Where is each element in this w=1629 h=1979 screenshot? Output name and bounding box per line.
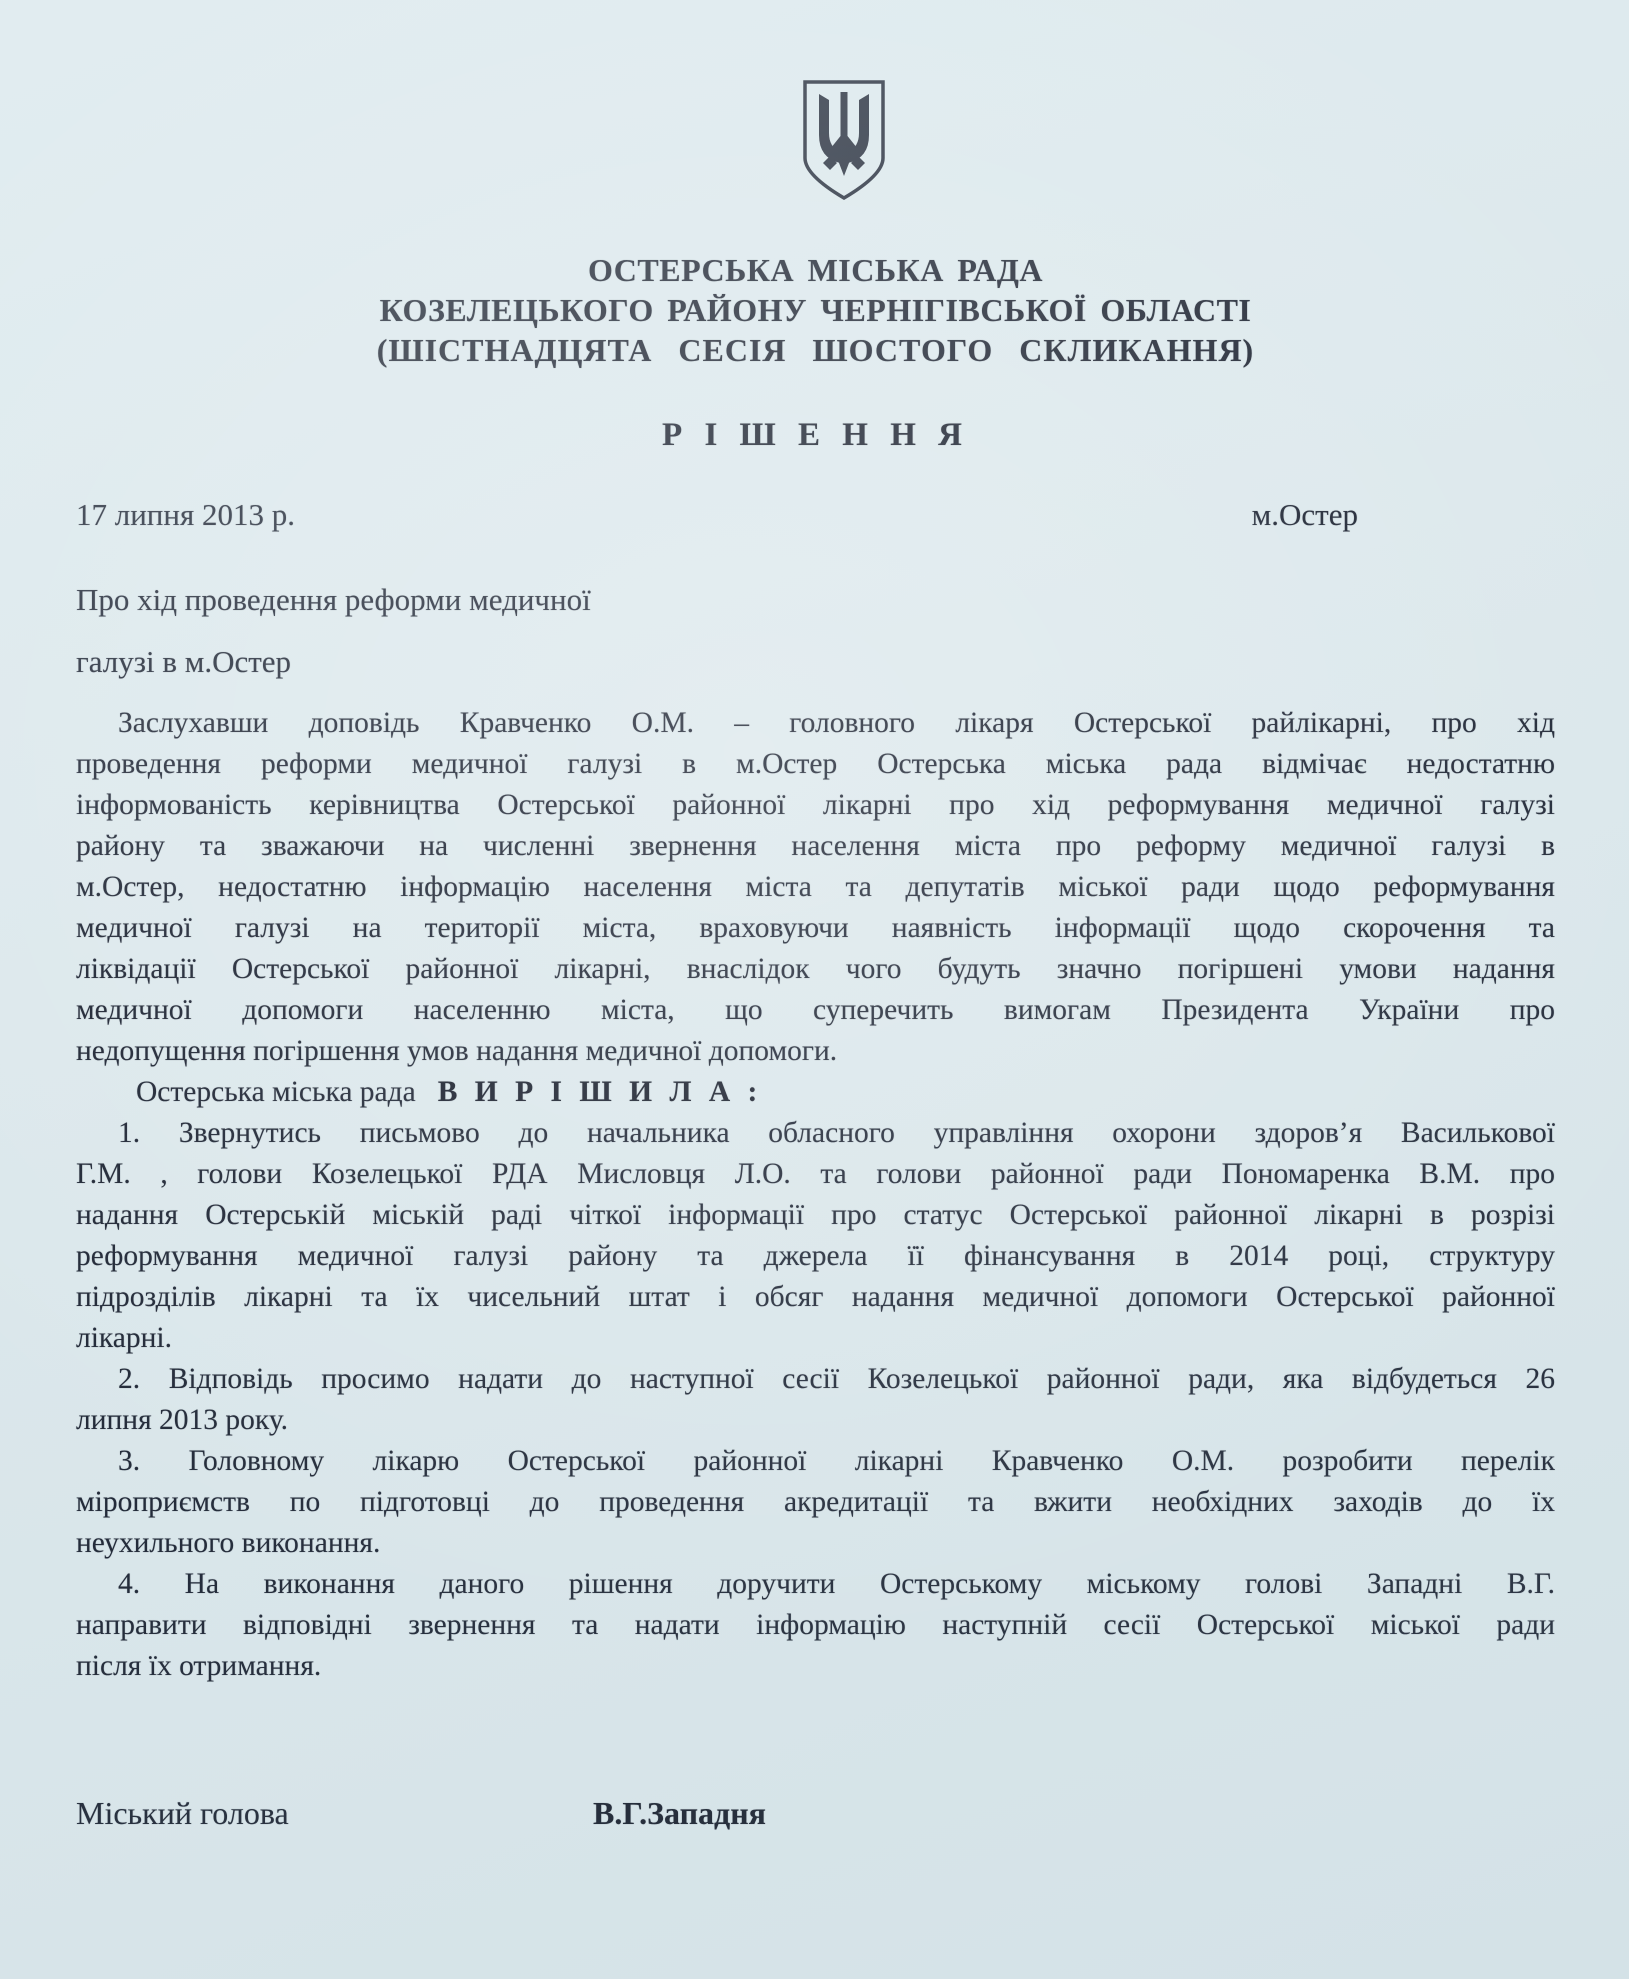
resolution-item-4: 4. На виконання даного рішення доручити …	[76, 1564, 1555, 1687]
text-line: проведення реформи медичної галузі в м.О…	[76, 744, 1555, 785]
preamble-paragraph: Заслухавши доповідь Кравченко О.М. – гол…	[76, 703, 1555, 1072]
document-content: ОСТЕРСЬКА МІСЬКА РАДА КОЗЕЛЕЦЬКОГО РАЙОН…	[0, 76, 1629, 1834]
text-line: недопущення погіршення умов надання меди…	[76, 1031, 1555, 1072]
text-line: 4. На виконання даного рішення доручити …	[76, 1564, 1555, 1605]
signature-row: Міський голова В.Г.Западня	[76, 1792, 1555, 1834]
date-text: 17 липня 2013 р.	[76, 494, 295, 535]
place-text: м.Остер	[1252, 494, 1358, 535]
resolution-verb: В И Р І Ш И Л А :	[438, 1076, 763, 1108]
text-line: надання Остерській міській раді чіткої і…	[76, 1195, 1555, 1236]
resolution-item-1: 1. Звернутись письмово до начальника обл…	[76, 1113, 1555, 1359]
subject-line-2: галузі в м.Остер	[76, 631, 1555, 693]
text-line: 2. Відповідь просимо надати до наступної…	[76, 1359, 1555, 1400]
text-line: Г.М. , голови Козелецької РДА Мисловця Л…	[76, 1154, 1555, 1195]
resolution-line: Остерська міська радаВ И Р І Ш И Л А :	[76, 1072, 1555, 1113]
text-line: м.Остер, недостатню інформацію населення…	[76, 867, 1555, 908]
coat-of-arms-emblem	[798, 76, 890, 204]
resolution-item-3: 3. Головному лікарю Остерської районної …	[76, 1441, 1555, 1564]
session-line: (ШІСТНАДЦЯТА СЕСІЯ ШОСТОГО СКЛИКАННЯ)	[76, 330, 1555, 370]
text-line: району та зважаючи на численні звернення…	[76, 826, 1555, 867]
text-line: підрозділів лікарні та їх чисельний штат…	[76, 1277, 1555, 1318]
scanned-document-page: ОСТЕРСЬКА МІСЬКА РАДА КОЗЕЛЕЦЬКОГО РАЙОН…	[0, 0, 1629, 1979]
text-line: медичної допомоги населенню міста, що су…	[76, 990, 1555, 1031]
org-name-line1: ОСТЕРСЬКА МІСЬКА РАДА	[76, 250, 1555, 290]
text-line: інформованість керівництва Остерської ра…	[76, 785, 1555, 826]
text-line: медичної галузі на території міста, врах…	[76, 908, 1555, 949]
text-line: ліквідації Остерської районної лікарні, …	[76, 949, 1555, 990]
org-name-line2: КОЗЕЛЕЦЬКОГО РАЙОНУ ЧЕРНІГІВСЬКОЇ ОБЛАСТ…	[76, 290, 1555, 330]
text-line: липня 2013 року.	[76, 1400, 1555, 1441]
resolution-intro: Остерська міська рада	[136, 1076, 416, 1108]
text-line: міроприємств по підготовці до проведення…	[76, 1482, 1555, 1523]
text-line: неухильного виконання.	[76, 1523, 1555, 1564]
signature-name: В.Г.Западня	[593, 1792, 766, 1834]
text-line: реформування медичної галузі району та д…	[76, 1236, 1555, 1277]
text-line: направити відповідні звернення та надати…	[76, 1605, 1555, 1646]
signature-title: Міський голова	[76, 1792, 593, 1834]
resolution-item-2: 2. Відповідь просимо надати до наступної…	[76, 1359, 1555, 1441]
text-line: 3. Головному лікарю Остерської районної …	[76, 1441, 1555, 1482]
text-line: Заслухавши доповідь Кравченко О.М. – гол…	[76, 703, 1555, 744]
document-body: Заслухавши доповідь Кравченко О.М. – гол…	[76, 703, 1555, 1687]
text-line: 1. Звернутись письмово до начальника обл…	[76, 1113, 1555, 1154]
ukraine-trident-icon	[798, 76, 890, 204]
text-line: після їх отримання.	[76, 1646, 1555, 1687]
subject-line-1: Про хід проведення реформи медичної	[76, 569, 1555, 631]
document-type-title: Р І Ш Е Н Н Я	[76, 412, 1555, 458]
text-line: лікарні.	[76, 1318, 1555, 1359]
meta-row: 17 липня 2013 р. м.Остер	[76, 494, 1555, 535]
subject-block: Про хід проведення реформи медичної галу…	[76, 569, 1555, 693]
